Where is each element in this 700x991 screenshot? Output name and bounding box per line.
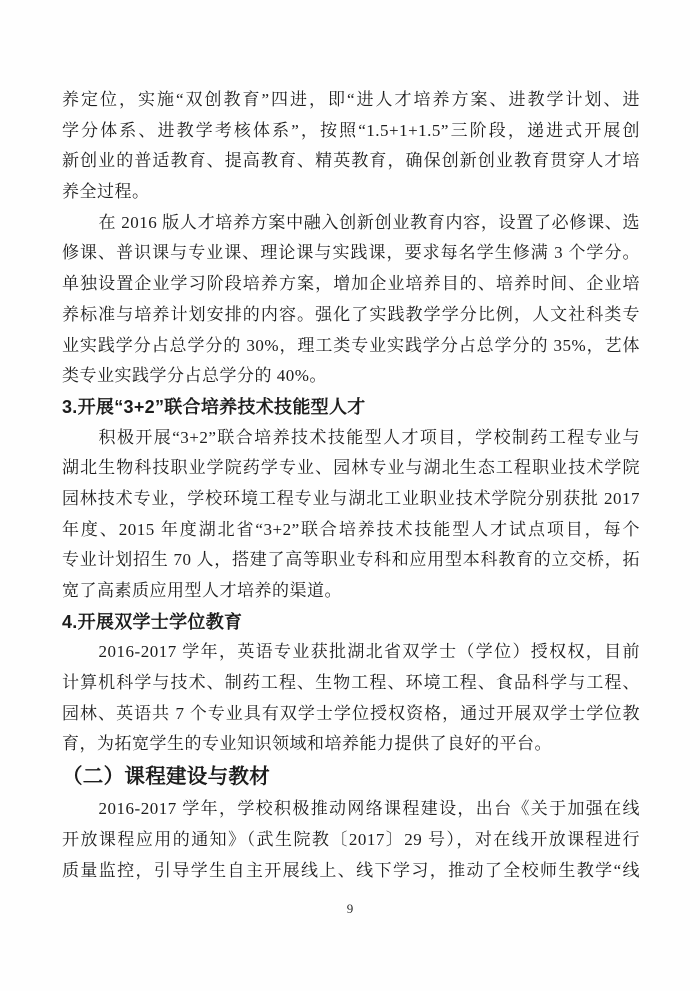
- text-line: 园林技术专业，学校环境工程专业与湖北工业职业技术学院分别获批 2017: [62, 484, 640, 515]
- text-line: 开放课程应用的通知》（武生院教〔2017〕29 号），对在线开放课程进行: [62, 825, 640, 856]
- text-line: 年度、2015 年度湖北省“3+2”联合培养技术技能型人才试点项目，每个: [62, 515, 640, 546]
- subsection-heading-2: （二）课程建设与教材: [62, 760, 640, 794]
- text-line: 养标准与培养计划安排的内容。强化了实践教学学分比例，人文社科类专: [62, 300, 640, 331]
- text-line: 湖北生物科技职业学院药学专业、园林专业与湖北生态工程职业技术学院: [62, 453, 640, 484]
- text-line: 养全过程。: [62, 177, 640, 208]
- page-number: 9: [0, 901, 700, 917]
- text-line: 业实践学分占总学分的 30%，理工类专业实践学分占总学分的 35%，艺体农: [62, 331, 640, 362]
- text-line: 单独设置企业学习阶段培养方案，增加企业培养目的、培养时间、企业培: [62, 269, 640, 300]
- text-line: 学分体系、进教学考核体系”，按照“1.5+1+1.5”三阶段，递进式开展创: [62, 116, 640, 147]
- text-line: 专业计划招生 70 人，搭建了高等职业专科和应用型本科教育的立交桥，拓: [62, 545, 640, 576]
- text-line: 计算机科学与技术、制药工程、生物工程、环境工程、食品科学与工程、: [62, 668, 640, 699]
- document-page: 养定位，实施“双创教育”四进，即“进人才培养方案、进教学计划、进 学分体系、进教…: [0, 0, 700, 991]
- text-line: 2016-2017 学年，学校积极推动网络课程建设，出台《关于加强在线: [62, 794, 640, 825]
- text-line: 育，为拓宽学生的专业知识领域和培养能力提供了良好的平台。: [62, 729, 640, 760]
- text-line: 新创业的普适教育、提高教育、精英教育，确保创新创业教育贯穿人才培: [62, 146, 640, 177]
- text-line: 园林、英语共 7 个专业具有双学士学位授权资格，通过开展双学士学位教: [62, 699, 640, 730]
- text-line: 宽了高素质应用型人才培养的渠道。: [62, 576, 640, 607]
- section-heading-4: 4.开展双学士学位教育: [62, 607, 640, 638]
- text-line: 养定位，实施“双创教育”四进，即“进人才培养方案、进教学计划、进: [62, 85, 640, 116]
- text-line: 2016-2017 学年，英语专业获批湖北省双学士（学位）授权权，目前: [62, 637, 640, 668]
- section-heading-3: 3.开展“3+2”联合培养技术技能型人才: [62, 392, 640, 423]
- text-line: 类专业实践学分占总学分的 40%。: [62, 361, 640, 392]
- text-line: 在 2016 版人才培养方案中融入创新创业教育内容，设置了必修课、选: [62, 208, 640, 239]
- text-line: 积极开展“3+2”联合培养技术技能型人才项目，学校制药工程专业与: [62, 423, 640, 454]
- text-line: 修课、普识课与专业课、理论课与实践课，要求每名学生修满 3 个学分。: [62, 238, 640, 269]
- document-body: 养定位，实施“双创教育”四进，即“进人才培养方案、进教学计划、进 学分体系、进教…: [62, 85, 640, 886]
- text-line: 质量监控，引导学生自主开展线上、线下学习，推动了全校师生教学“线: [62, 856, 640, 887]
